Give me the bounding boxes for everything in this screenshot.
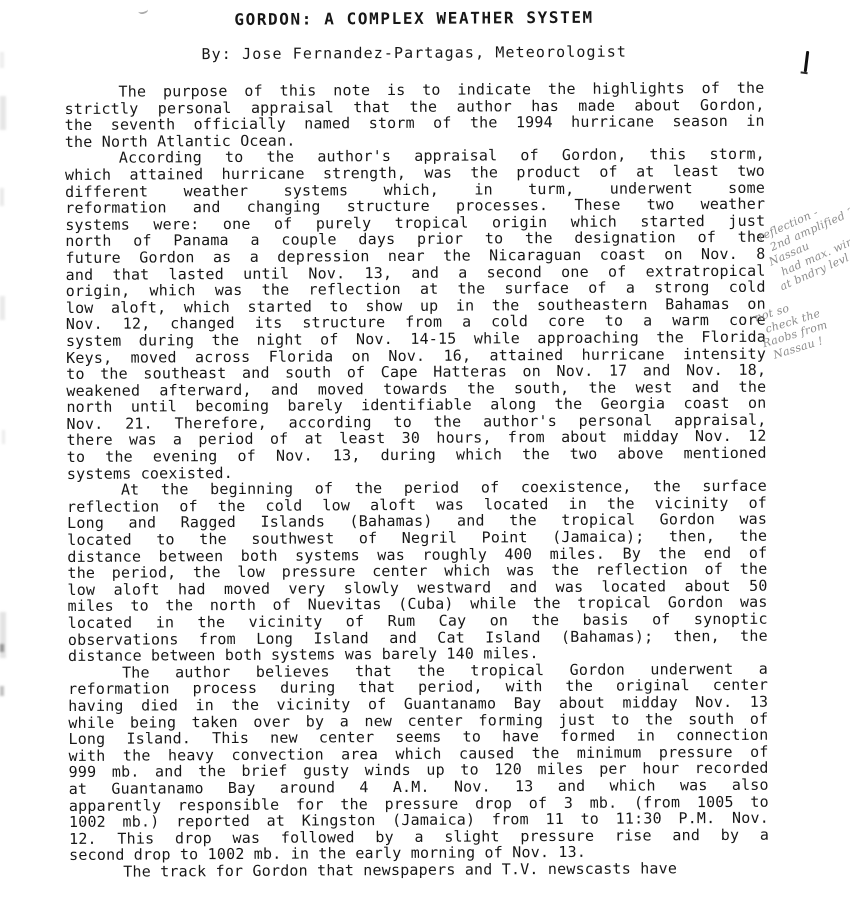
paragraph-two-systems: According to the author's appraisal of G… xyxy=(65,146,767,482)
text-line: at bndry levl. xyxy=(778,237,850,294)
text-line: 2nd amplified ? xyxy=(768,200,850,254)
text-line: had max. wind xyxy=(779,224,850,278)
scan-artifact xyxy=(0,188,4,206)
document-byline: By: Jose Fernandez-Partagas, Meteorologi… xyxy=(64,43,764,64)
text-line: Nassau xyxy=(767,212,850,269)
paragraph-reformation: The author believes that the tropical Go… xyxy=(68,660,769,863)
paragraph-track-intro: The track for Gordon that newspapers and… xyxy=(69,860,769,881)
scan-artifact xyxy=(0,686,4,696)
pen-stroke-mark xyxy=(804,51,810,72)
text-line: reflection - xyxy=(756,187,850,244)
text-line: Nassau ! xyxy=(772,319,850,362)
text-line: check the xyxy=(764,293,850,336)
document-title: GORDON: A COMPLEX WEATHER SYSTEM xyxy=(64,8,764,29)
scan-artifact xyxy=(0,644,4,652)
text-line: not so xyxy=(753,280,850,325)
text-line: The track for Gordon that newspapers and… xyxy=(69,860,769,881)
scan-artifact xyxy=(0,96,6,130)
handwritten-margin-note-lower: not socheck theRaobs fromNassau ! xyxy=(753,280,850,364)
document-body: The purpose of this note is to indicate … xyxy=(64,80,769,881)
paragraph-coexistence: At the beginning of the period of coexis… xyxy=(67,478,768,665)
scan-artifact xyxy=(0,296,5,320)
text-line: Raobs from xyxy=(761,306,850,351)
paragraph-purpose: The purpose of this note is to indicate … xyxy=(64,80,764,151)
handwritten-margin-note-upper: reflection -2nd amplified ?Nassauhad max… xyxy=(756,187,850,293)
scan-artifact xyxy=(0,52,4,68)
scan-artifact xyxy=(2,430,5,444)
scanned-document-page: GORDON: A COMPLEX WEATHER SYSTEM By: Jos… xyxy=(0,0,850,903)
typewritten-text-column: GORDON: A COMPLEX WEATHER SYSTEM By: Jos… xyxy=(64,8,769,881)
